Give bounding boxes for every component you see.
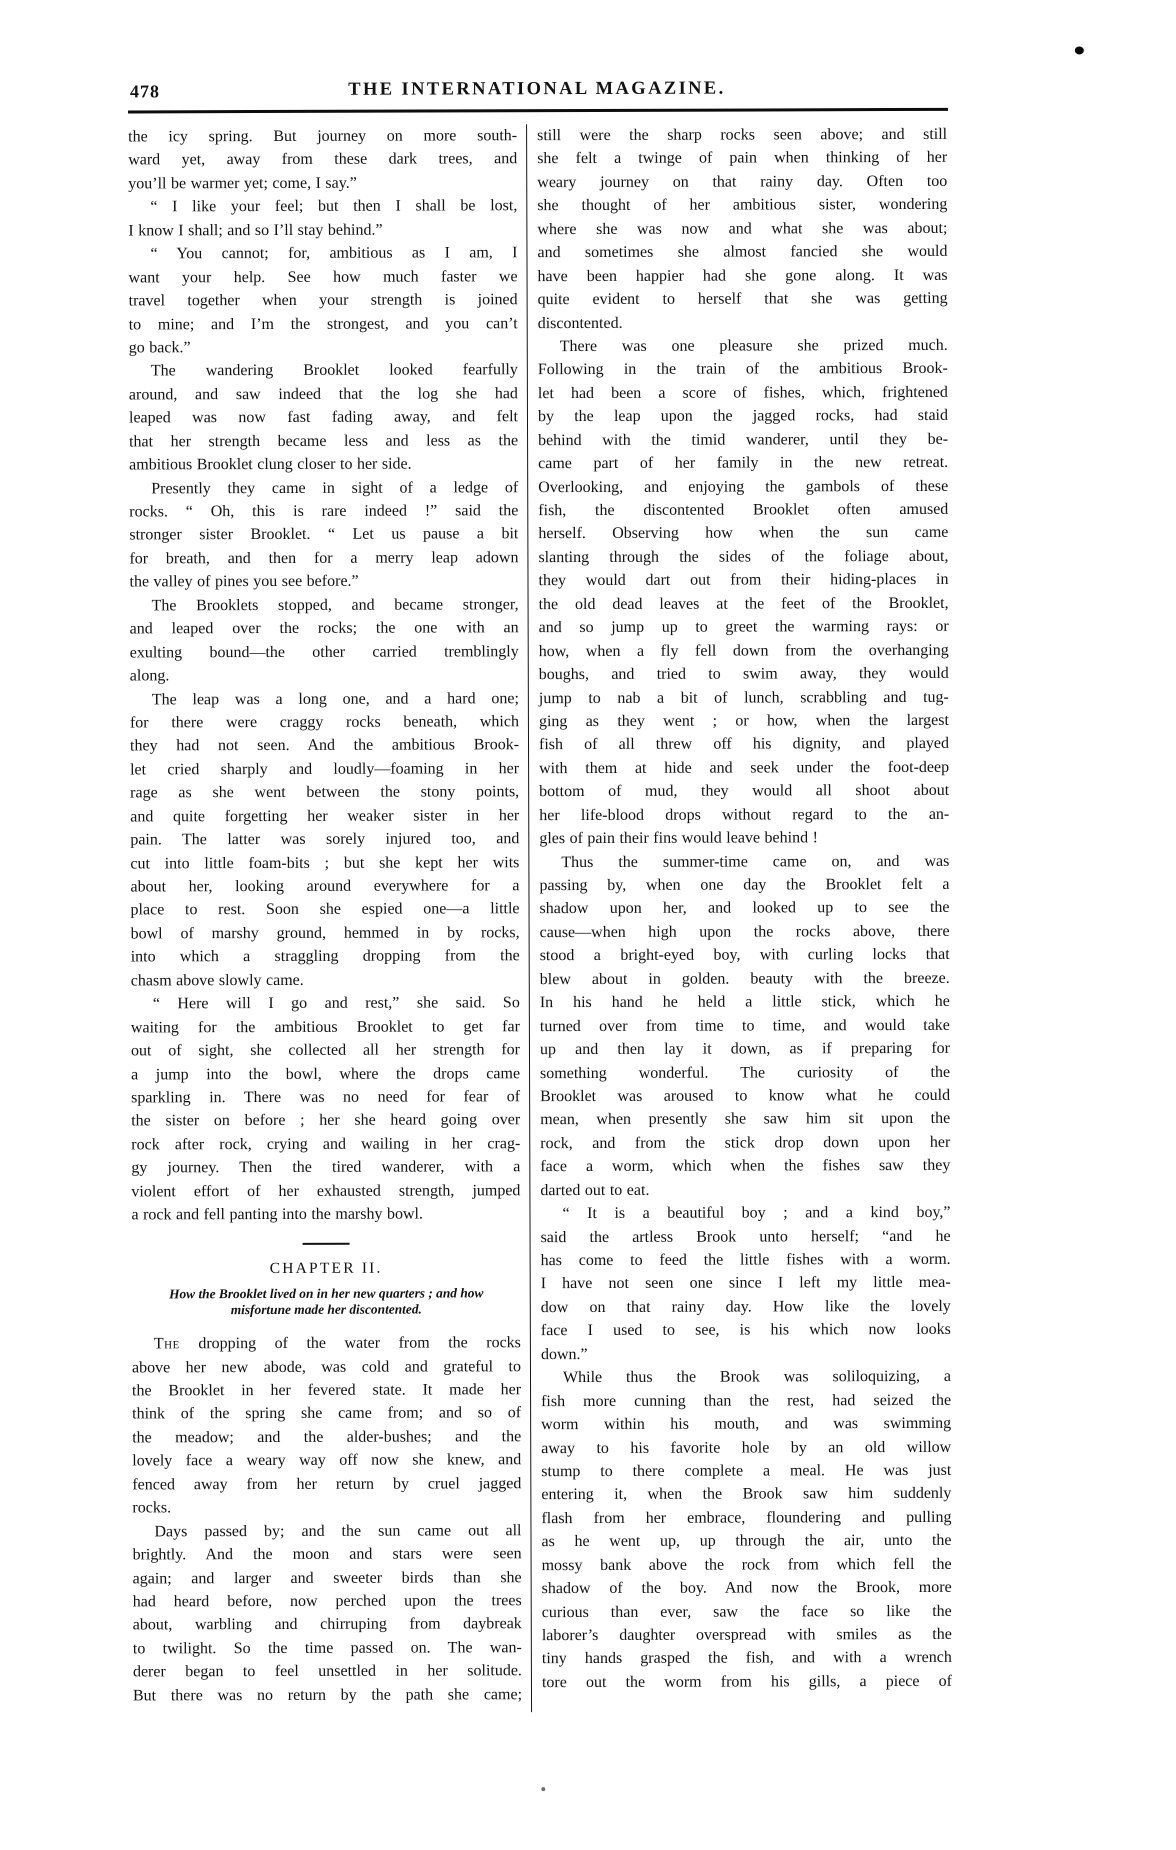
text-line: for there were craggy rocks beneath, whi… — [130, 710, 519, 735]
text-line: away to his favorite hole by an old will… — [541, 1435, 951, 1460]
text-line: derer began to feel unsettled in her sol… — [133, 1659, 522, 1684]
text-line: Brooklet was aroused to know what he cou… — [540, 1084, 950, 1109]
text-line: came part of her family in the new retre… — [538, 451, 948, 476]
text-line: said the artless Brook unto herself; “an… — [541, 1224, 951, 1249]
text-line: ambitious Brooklet clung closer to her s… — [129, 452, 518, 477]
text-line: the meadow; and the alder-bushes; and th… — [132, 1425, 521, 1450]
text-line: While thus the Brook was soliloquizing, … — [541, 1365, 951, 1390]
text-line: her life-blood drops without regard to t… — [539, 803, 949, 828]
text-line: you’ll be warmer yet; come, I say.” — [128, 171, 517, 196]
text-line: want your help. See how much faster we — [129, 265, 518, 290]
text-line: Thus the summer-time came on, and was — [539, 849, 949, 874]
text-line: out of sight, she collected all her stre… — [131, 1038, 520, 1063]
text-line: has come to feed the little fishes with … — [541, 1248, 951, 1273]
text-line: to mine; and I’m the strongest, and you … — [129, 312, 518, 337]
text-line: they would dart out from their hiding-pl… — [538, 568, 948, 593]
text-line: gy journey. Then the tired wanderer, wit… — [131, 1155, 520, 1180]
text-line: let cried sharply and loudly—foaming in … — [130, 757, 519, 782]
text-line: to twilight. So the time passed on. The … — [133, 1636, 522, 1661]
text-line: In his hand he held a little stick, whic… — [540, 990, 950, 1015]
text-line: as he went up, up through the air, unto … — [541, 1529, 951, 1554]
small-caps-lead-word: The — [154, 1335, 180, 1352]
text-line: curious than ever, saw the face so like … — [542, 1599, 952, 1624]
text-line: rage as she went between the stony point… — [130, 780, 519, 805]
text-line: bottom of mud, they would all shoot abou… — [539, 779, 949, 804]
text-line: into which a straggling dropping from th… — [131, 945, 520, 970]
text-line: dow on that rainy day. How like the love… — [541, 1295, 951, 1320]
text-line: “ Here will I go and rest,” she said. So — [131, 991, 520, 1016]
text-line: worm within his mouth, and was swimming — [541, 1412, 951, 1437]
text-line: tore out the worm from his gills, a piec… — [542, 1670, 952, 1695]
text-line: I have not seen one since I left my litt… — [541, 1271, 951, 1296]
text-line: rock, and from the stick drop down upon … — [540, 1131, 950, 1156]
text-line: The dropping of the water from the rocks — [132, 1331, 521, 1356]
text-line: sparkling in. There was no need for fear… — [131, 1085, 520, 1110]
scanned-page-content: 478 THE INTERNATIONAL MAGAZINE. the icy … — [0, 0, 1176, 1850]
text-line: had heard before, now perched upon the t… — [133, 1589, 522, 1614]
text-line: a rock and fell panting into the marshy … — [131, 1202, 520, 1227]
text-line: that her strength became less and less a… — [129, 429, 518, 454]
text-line: let had been a score of fishes, which, f… — [538, 381, 948, 406]
ink-speck-bottom-center — [541, 1787, 545, 1791]
text-line: behind with the timid wanderer, until th… — [538, 428, 948, 453]
text-line: rocks. — [132, 1495, 521, 1520]
text-line: rocks. “ Oh, this is rare indeed !” said… — [129, 499, 518, 524]
text-line: and quite forgetting her weaker sister i… — [130, 804, 519, 829]
text-line: The wandering Brooklet looked fearfully — [129, 359, 518, 384]
text-line: face a worm, which when the fishes saw t… — [540, 1154, 950, 1179]
text-line: up and then lay it down, as if preparing… — [540, 1037, 950, 1062]
text-line: entering it, when the Brook saw him sudd… — [541, 1482, 951, 1507]
text-line: darted out to eat. — [540, 1178, 950, 1203]
text-line: face I used to see, is his which now loo… — [541, 1318, 951, 1343]
text-line: The Brooklets stopped, and became strong… — [130, 593, 519, 618]
text-line: the icy spring. But journey on more sout… — [128, 124, 517, 149]
text-line: cut into little foam-bits ; but she kept… — [130, 851, 519, 876]
text-line: tiny hands grasped the fish, and with a … — [542, 1646, 952, 1671]
text-line: stump to there complete a meal. He was j… — [541, 1459, 951, 1484]
text-line: a jump into the bowl, where the drops ca… — [131, 1062, 520, 1087]
text-line: chasm above slowly came. — [131, 968, 520, 993]
text-line: lovely face a weary way off now she knew… — [132, 1449, 521, 1474]
text-line: stronger sister Brooklet. “ Let us pause… — [129, 523, 518, 548]
text-line: “ I like your feel; but then I shall be … — [128, 195, 517, 220]
text-line: exulting bound—the other carried trembli… — [130, 640, 519, 665]
text-line: think of the spring she came from; and s… — [132, 1402, 521, 1427]
chapter-subtitle-line: How the Brooklet lived on in her new qua… — [132, 1285, 521, 1303]
text-line: again; and larger and sweeter birds than… — [133, 1566, 522, 1591]
magazine-page: 478 THE INTERNATIONAL MAGAZINE. the icy … — [0, 0, 1176, 1850]
text-line: Days passed by; and the sun came out all — [132, 1519, 521, 1544]
text-line: Overlooking, and enjoying the gambols of… — [538, 474, 948, 499]
two-column-text: the icy spring. But journey on more sout… — [128, 123, 953, 1714]
text-line: But there was no return by the path she … — [133, 1683, 522, 1708]
text-line: leaped was now fast fading away, and fel… — [129, 405, 518, 430]
text-line: There was one pleasure she prized much. — [538, 334, 948, 359]
text-line: I know I shall; and so I’ll stay behind.… — [128, 218, 517, 243]
magazine-title: THE INTERNATIONAL MAGAZINE. — [128, 75, 946, 102]
text-line: travel together when your strength is jo… — [129, 288, 518, 313]
text-line: for breath, and then for a merry leap ad… — [129, 546, 518, 571]
text-line: fish of all threw off his dignity, and p… — [539, 732, 949, 757]
text-line: gles of pain their fins would leave behi… — [539, 826, 949, 851]
header-rule — [128, 108, 948, 114]
text-line: and leaped over the rocks; the one with … — [130, 616, 519, 641]
text-line: still were the sharp rocks seen above; a… — [537, 123, 947, 148]
text-line: mean, when presently she saw him sit upo… — [540, 1107, 950, 1132]
text-line: go back.” — [129, 335, 518, 360]
right-column: still were the sharp rocks seen above; a… — [537, 123, 952, 1712]
text-line: stood a bright-eyed boy, with curling lo… — [540, 943, 950, 968]
text-line: along. — [130, 663, 519, 688]
text-line: discontented. — [538, 310, 948, 335]
text-line: blew about in golden. beauty with the br… — [540, 967, 950, 992]
chapter-subtitle-line: misfortune made her discontented. — [132, 1302, 521, 1320]
text-line: boughs, and tried to swim away, they wou… — [539, 662, 949, 687]
text-line: jump to nab a bit of lunch, scrabbling a… — [539, 685, 949, 710]
text-line: waiting for the ambitious Brooklet to ge… — [131, 1015, 520, 1040]
text-line: bowl of marshy ground, hemmed in by rock… — [131, 921, 520, 946]
text-line: quite evident to herself that she was ge… — [538, 287, 948, 312]
text-line: the old dead leaves at the feet of the B… — [539, 592, 949, 617]
text-line: above her new abode, was cold and gratef… — [132, 1355, 521, 1380]
chapter-heading: CHAPTER II. — [132, 1258, 521, 1279]
text-line: shadow of the boy. And now the Brook, mo… — [542, 1576, 952, 1601]
text-line: rock after rock, crying and wailing in h… — [131, 1132, 520, 1157]
text-line: slanting through the sides of the foliag… — [538, 545, 948, 570]
text-line: something wonderful. The curiosity of th… — [540, 1060, 950, 1085]
text-line: they had not seen. And the ambitious Bro… — [130, 734, 519, 759]
ink-speck-top-right — [1075, 46, 1084, 54]
text-line: “ You cannot; for, ambitious as I am, I — [128, 241, 517, 266]
text-line: The leap was a long one, and a hard one; — [130, 687, 519, 712]
text-line: have been happier had she gone along. It… — [538, 263, 948, 288]
text-line: mossy bank above the rock from which fel… — [542, 1553, 952, 1578]
left-column-top-lines: the icy spring. But journey on more sout… — [128, 124, 520, 1227]
text-line: weary journey on that rainy day. Often t… — [537, 170, 947, 195]
text-line: passing by, when one day the Brooklet fe… — [539, 873, 949, 898]
text-line: Presently they came in sight of a ledge … — [129, 476, 518, 501]
page-header: 478 THE INTERNATIONAL MAGAZINE. — [128, 75, 946, 108]
text-line: violent effort of her exhausted strength… — [131, 1179, 520, 1204]
text-line: pain. The latter was sorely injured too,… — [130, 827, 519, 852]
text-line: flash from her embrace, floundering and … — [541, 1506, 951, 1531]
text-line: she thought of her ambitious sister, won… — [537, 193, 947, 218]
text-line: by the leap upon the jagged rocks, had s… — [538, 404, 948, 429]
text-line: the sister on before ; her she heard goi… — [131, 1109, 520, 1134]
left-column-bottom-lines: The dropping of the water from the rocks… — [132, 1331, 522, 1707]
text-line: about, warbling and chirruping from dayb… — [133, 1613, 522, 1638]
page-number: 478 — [130, 81, 160, 102]
chapter-divider-rule — [303, 1242, 350, 1244]
text-line: fenced away from her return by cruel jag… — [132, 1472, 521, 1497]
chapter-subtitle: How the Brooklet lived on in her new qua… — [132, 1285, 521, 1320]
chapter-heading-block: CHAPTER II. How the Brooklet lived on in… — [132, 1226, 521, 1333]
text-line: where she was now and what she was about… — [537, 217, 947, 242]
text-line: about her, looking around everywhere for… — [130, 874, 519, 899]
text-line: she felt a twinge of pain when thinking … — [537, 146, 947, 171]
text-line: laborer’s daughter overspread with smile… — [542, 1623, 952, 1648]
text-line: the Brooklet in her fevered state. It ma… — [132, 1378, 521, 1403]
text-line: around, and saw indeed that the log she … — [129, 382, 518, 407]
text-line: place to rest. Soon she espied one—a lit… — [130, 898, 519, 923]
text-line: “ It is a beautiful boy ; and a kind boy… — [540, 1201, 950, 1226]
text-line: and so jump up to greet the warming rays… — [539, 615, 949, 640]
text-line: herself. Observing how when the sun came — [538, 521, 948, 546]
text-line: ward yet, away from these dark trees, an… — [128, 148, 517, 173]
text-line: the valley of pines you see before.” — [129, 570, 518, 595]
left-column: the icy spring. But journey on more sout… — [128, 124, 522, 1713]
text-line: with them at hide and seek under the foo… — [539, 756, 949, 781]
text-line: Following in the train of the ambitious … — [538, 357, 948, 382]
text-line: how, when a fly fell down from the overh… — [539, 638, 949, 663]
text-line: down.” — [541, 1342, 951, 1367]
text-line: ging as they went ; or how, when the lar… — [539, 709, 949, 734]
text-line: and sometimes she almost fancied she wou… — [537, 240, 947, 265]
text-line: fish more cunning than the rest, had sei… — [541, 1388, 951, 1413]
text-line: fish, the discontented Brooklet often am… — [538, 498, 948, 523]
text-line: brightly. And the moon and stars were se… — [133, 1542, 522, 1567]
text-line: turned over from time to time, and would… — [540, 1013, 950, 1038]
text-line: cause—when high upon the rocks above, th… — [540, 920, 950, 945]
text-line: shadow upon her, and looked up to see th… — [539, 896, 949, 921]
